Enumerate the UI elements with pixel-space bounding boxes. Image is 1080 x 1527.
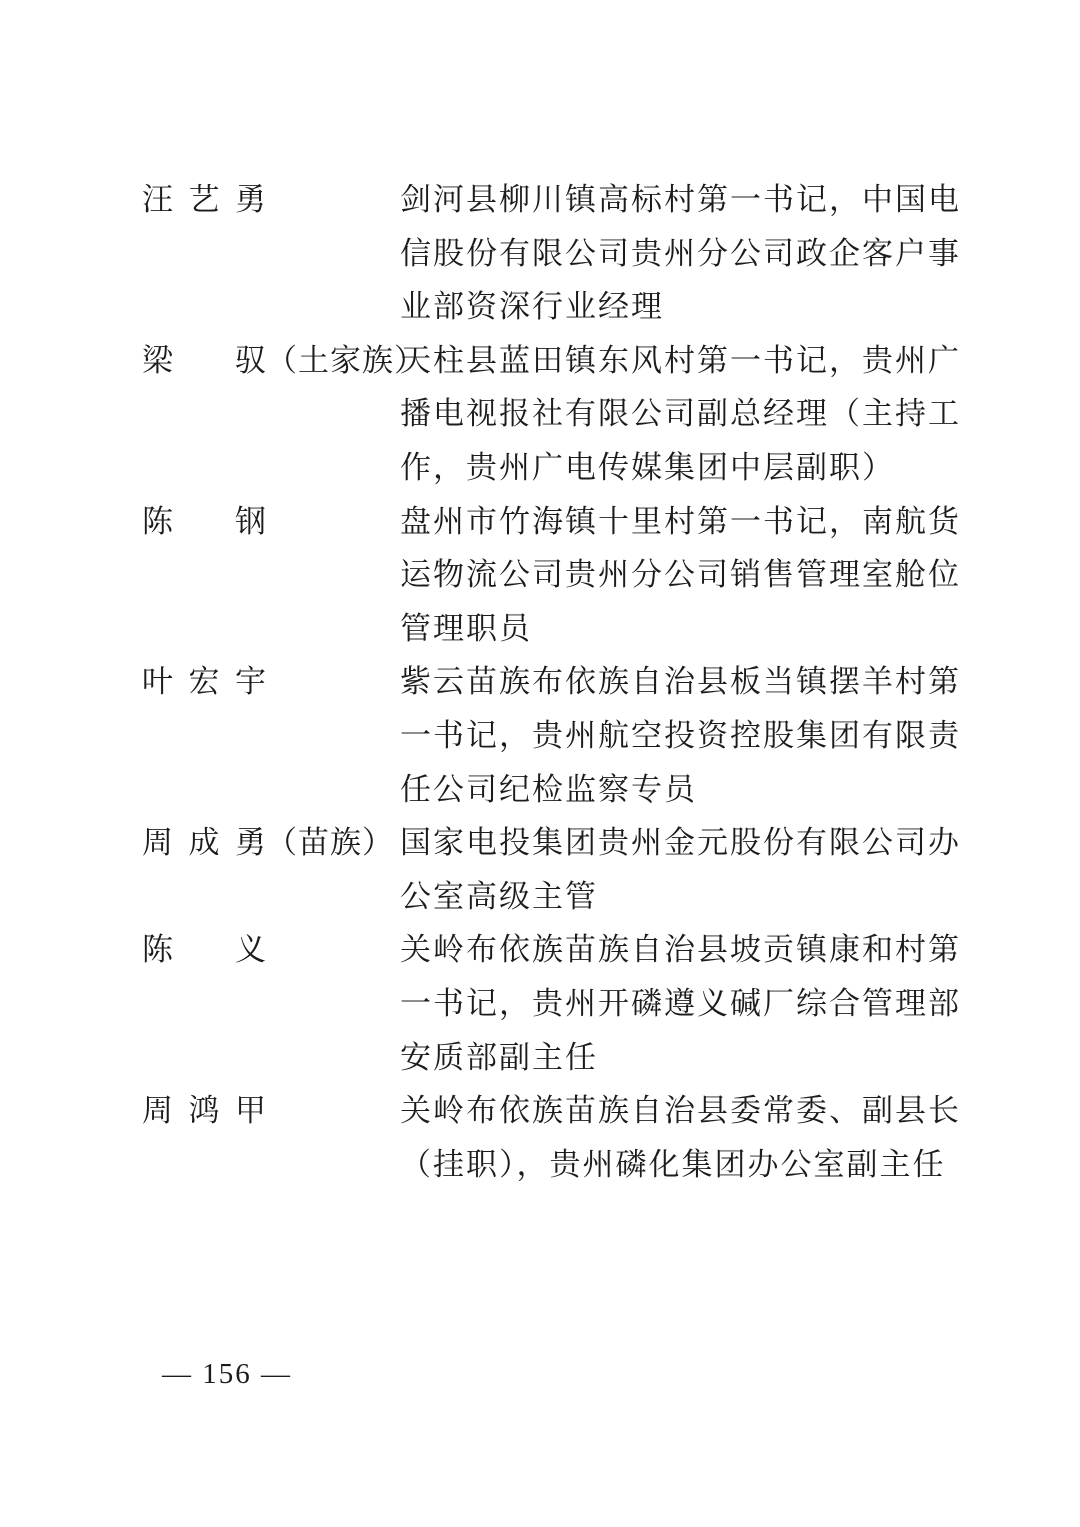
roster-entry: 周成勇（苗族） 国家电投集团贵州金元股份有限公司办公室高级主管 <box>142 816 942 923</box>
entry-description: 天柱县蓝田镇东风村第一书记，贵州广播电视报社有限公司副总经理（主持工作，贵州广电… <box>400 334 937 495</box>
entry-description: 关岭布依族苗族自治县坡贡镇康和村第一书记，贵州开磷遵义碱厂综合管理部安质部副主任 <box>400 923 937 1084</box>
entry-name-core: 陈 钢 <box>142 495 266 549</box>
document-page: 汪艺勇 剑河县柳川镇高标村第一书记，中国电信股份有限公司贵州分公司政企客户事业部… <box>0 0 1080 1527</box>
description-line: 紫云苗族布依族自治县板当镇摆羊村第 <box>400 655 937 709</box>
roster-entry: 梁 驭（土家族） 天柱县蓝田镇东风村第一书记，贵州广播电视报社有限公司副总经理（… <box>142 334 942 495</box>
description-line: 一书记，贵州航空投资控股集团有限责 <box>400 709 937 763</box>
name-char: 周 <box>142 816 173 870</box>
entry-description: 盘州市竹海镇十里村第一书记，南航货运物流公司贵州分公司销售管理室舱位管理职员 <box>400 495 937 656</box>
description-line: 剑河县柳川镇高标村第一书记，中国电 <box>400 173 937 227</box>
entry-description: 紫云苗族布依族自治县板当镇摆羊村第一书记，贵州航空投资控股集团有限责任公司纪检监… <box>400 655 937 816</box>
entry-name-core: 陈 义 <box>142 923 266 977</box>
description-line: （挂职），贵州磷化集团办公室副主任 <box>400 1138 937 1192</box>
name-char <box>189 923 220 977</box>
description-line: 运物流公司贵州分公司销售管理室舱位 <box>400 548 937 602</box>
description-line: 关岭布依族苗族自治县坡贡镇康和村第 <box>400 923 937 977</box>
name-char: 鸿 <box>189 1084 220 1138</box>
name-char: 勇 <box>235 816 266 870</box>
entry-name: 陈 义 <box>142 923 400 977</box>
description-line: 业部资深行业经理 <box>400 280 937 334</box>
name-char: 义 <box>235 923 266 977</box>
entry-name-core: 叶宏宇 <box>142 655 266 709</box>
name-char: 甲 <box>235 1084 266 1138</box>
page-number: — 156 — <box>162 1352 292 1396</box>
roster-entry: 陈 义 关岭布依族苗族自治县坡贡镇康和村第一书记，贵州开磷遵义碱厂综合管理部安质… <box>142 923 942 1084</box>
name-char <box>189 334 220 388</box>
name-char: 成 <box>189 816 220 870</box>
entry-name: 周成勇（苗族） <box>142 816 400 870</box>
entry-description: 国家电投集团贵州金元股份有限公司办公室高级主管 <box>400 816 937 923</box>
roster-entry: 周鸿甲 关岭布依族苗族自治县委常委、副县长（挂职），贵州磷化集团办公室副主任 <box>142 1084 942 1191</box>
name-char: 宏 <box>189 655 220 709</box>
description-line: 关岭布依族苗族自治县委常委、副县长 <box>400 1084 937 1138</box>
entries-list: 汪艺勇 剑河县柳川镇高标村第一书记，中国电信股份有限公司贵州分公司政企客户事业部… <box>142 173 942 1191</box>
name-char: 汪 <box>142 173 173 227</box>
name-char: 艺 <box>189 173 220 227</box>
name-char: 勇 <box>235 173 266 227</box>
name-char <box>189 495 220 549</box>
entry-name-suffix: （苗族） <box>266 825 394 860</box>
entry-name: 周鸿甲 <box>142 1084 400 1138</box>
entry-description: 关岭布依族苗族自治县委常委、副县长（挂职），贵州磷化集团办公室副主任 <box>400 1084 937 1191</box>
name-char: 叶 <box>142 655 173 709</box>
description-line: 一书记，贵州开磷遵义碱厂综合管理部 <box>400 977 937 1031</box>
name-char: 陈 <box>142 923 173 977</box>
roster-entry: 汪艺勇 剑河县柳川镇高标村第一书记，中国电信股份有限公司贵州分公司政企客户事业部… <box>142 173 942 334</box>
name-char: 宇 <box>235 655 266 709</box>
description-line: 盘州市竹海镇十里村第一书记，南航货 <box>400 495 937 549</box>
roster-entry: 叶宏宇 紫云苗族布依族自治县板当镇摆羊村第一书记，贵州航空投资控股集团有限责任公… <box>142 655 942 816</box>
entry-name-core: 汪艺勇 <box>142 173 266 227</box>
name-char: 钢 <box>235 495 266 549</box>
name-char: 周 <box>142 1084 173 1138</box>
roster-entry: 陈 钢 盘州市竹海镇十里村第一书记，南航货运物流公司贵州分公司销售管理室舱位管理… <box>142 495 942 656</box>
entry-description: 剑河县柳川镇高标村第一书记，中国电信股份有限公司贵州分公司政企客户事业部资深行业… <box>400 173 937 334</box>
description-line: 管理职员 <box>400 602 937 656</box>
name-char: 陈 <box>142 495 173 549</box>
description-line: 作，贵州广电传媒集团中层副职） <box>400 441 937 495</box>
entry-name-core: 周鸿甲 <box>142 1084 266 1138</box>
name-char: 梁 <box>142 334 173 388</box>
entry-name-core: 梁 驭 <box>142 334 266 388</box>
description-line: 公室高级主管 <box>400 870 937 924</box>
entry-name-core: 周成勇 <box>142 816 266 870</box>
description-line: 播电视报社有限公司副总经理（主持工 <box>400 387 937 441</box>
description-line: 任公司纪检监察专员 <box>400 763 937 817</box>
entry-name: 梁 驭（土家族） <box>142 334 400 388</box>
description-line: 天柱县蓝田镇东风村第一书记，贵州广 <box>400 334 937 388</box>
entry-name: 叶宏宇 <box>142 655 400 709</box>
entry-name: 汪艺勇 <box>142 173 400 227</box>
description-line: 安质部副主任 <box>400 1031 937 1085</box>
description-line: 国家电投集团贵州金元股份有限公司办 <box>400 816 937 870</box>
entry-name: 陈 钢 <box>142 495 400 549</box>
name-char: 驭 <box>235 334 266 388</box>
description-line: 信股份有限公司贵州分公司政企客户事 <box>400 227 937 281</box>
